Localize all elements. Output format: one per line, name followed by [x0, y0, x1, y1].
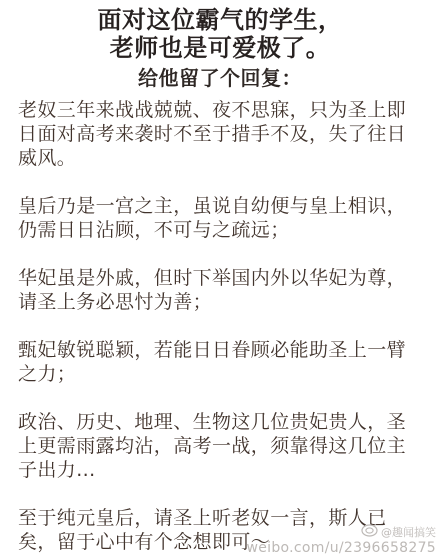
- reply-paragraph-3: 华妃虽是外戚，但时下举国内外以华妃为尊， 请圣上务必思忖为善；: [18, 266, 420, 314]
- reply-paragraph-2: 皇后乃是一宫之主，虽说自幼便与皇上相识， 仍需日日沾顾，不可与之疏远；: [18, 194, 420, 242]
- page-title-line-2: 老师也是可爱极了。: [0, 34, 440, 62]
- watermark-account-name: @趣闻搞笑: [381, 525, 436, 540]
- reply-paragraph-5: 政治、历史、地理、生物这几位贵妃贵人，圣 上更需雨露均沾，高考一战，须靠得这几位…: [18, 410, 420, 482]
- reply-body: 老奴三年来战战兢兢、夜不思寐，只为圣上即 日面对高考来袭时不至于措手不及，失了往…: [0, 98, 440, 554]
- page-title-line-1: 面对这位霸气的学生，: [0, 6, 440, 34]
- page-title: 面对这位霸气的学生， 老师也是可爱极了。: [0, 0, 440, 62]
- joke-text-image: 面对这位霸气的学生， 老师也是可爱极了。 给他留了个回复： 老奴三年来战战兢兢、…: [0, 0, 440, 558]
- weibo-swirl-logo-icon: [361, 524, 378, 541]
- reply-paragraph-4: 甄妃敏锐聪颖，若能日日眷顾必能助圣上一臂 之力；: [18, 338, 420, 386]
- reply-paragraph-1: 老奴三年来战战兢兢、夜不思寐，只为圣上即 日面对高考来袭时不至于措手不及，失了往…: [18, 98, 420, 170]
- watermark-account-row: @趣闻搞笑: [247, 524, 437, 541]
- watermark-url: weibo.com/u/2396658275: [247, 541, 437, 556]
- weibo-watermark: @趣闻搞笑 weibo.com/u/2396658275: [247, 524, 437, 556]
- subtitle: 给他留了个回复：: [0, 66, 440, 90]
